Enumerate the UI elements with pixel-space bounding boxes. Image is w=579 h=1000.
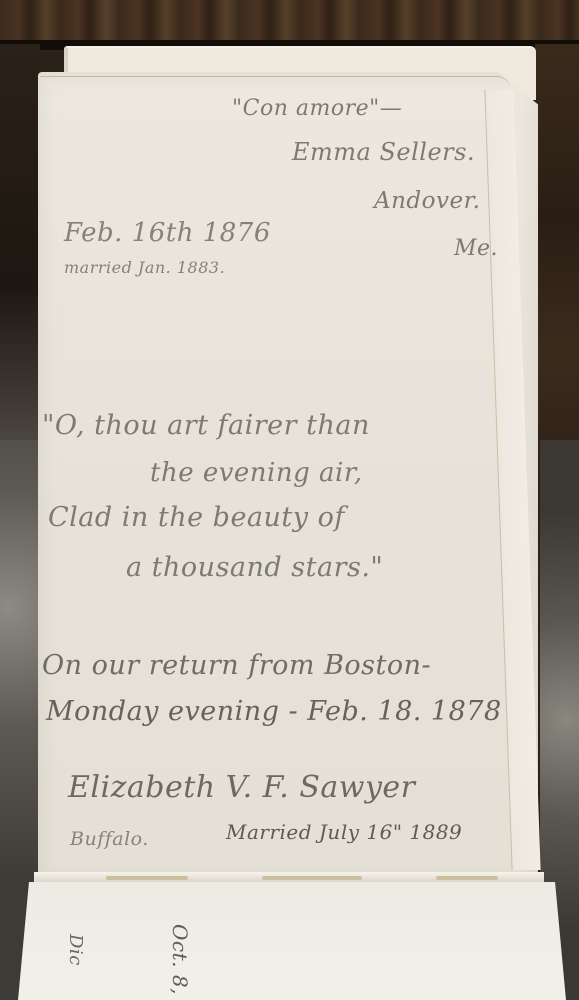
entry2-note-line-1: On our return from Boston- [42,650,431,681]
binding-stitch [262,876,362,880]
place-line-1: Andover. [374,188,480,214]
entry1-married-note: married Jan. 1883. [64,258,225,277]
binding-stitch [436,876,498,880]
signature-elizabeth-sawyer: Elizabeth V. F. Sawyer [68,770,416,805]
binding-stitch [106,876,188,880]
salutation-text: "Con amore"— [232,96,402,121]
wooden-shelf [0,0,579,44]
poem-line-4: a thousand stars." [126,552,383,583]
next-album-page [18,882,566,1000]
background-left [0,44,40,444]
background-wood-right [535,44,579,484]
next-page-date-fragment: Oct. 8, [168,924,192,995]
entry2-note-line-2: Monday evening - Feb. 18. 1878 [46,696,502,727]
poem-line-2: the evening air, [150,458,363,488]
place-line-2: Me. [454,236,498,261]
entry1-date: Feb. 16th 1876 [64,218,271,248]
entry2-place: Buffalo. [70,828,149,850]
next-page-text-fragment: Dic [65,934,86,966]
poem-line-1: "O, thou art fairer than [42,410,370,441]
signature-emma-sellers: Emma Sellers. [292,138,475,166]
page-top-edge [40,76,510,89]
poem-line-3: Clad in the beauty of [48,502,345,533]
entry2-married-note: Married July 16" 1889 [226,820,462,844]
